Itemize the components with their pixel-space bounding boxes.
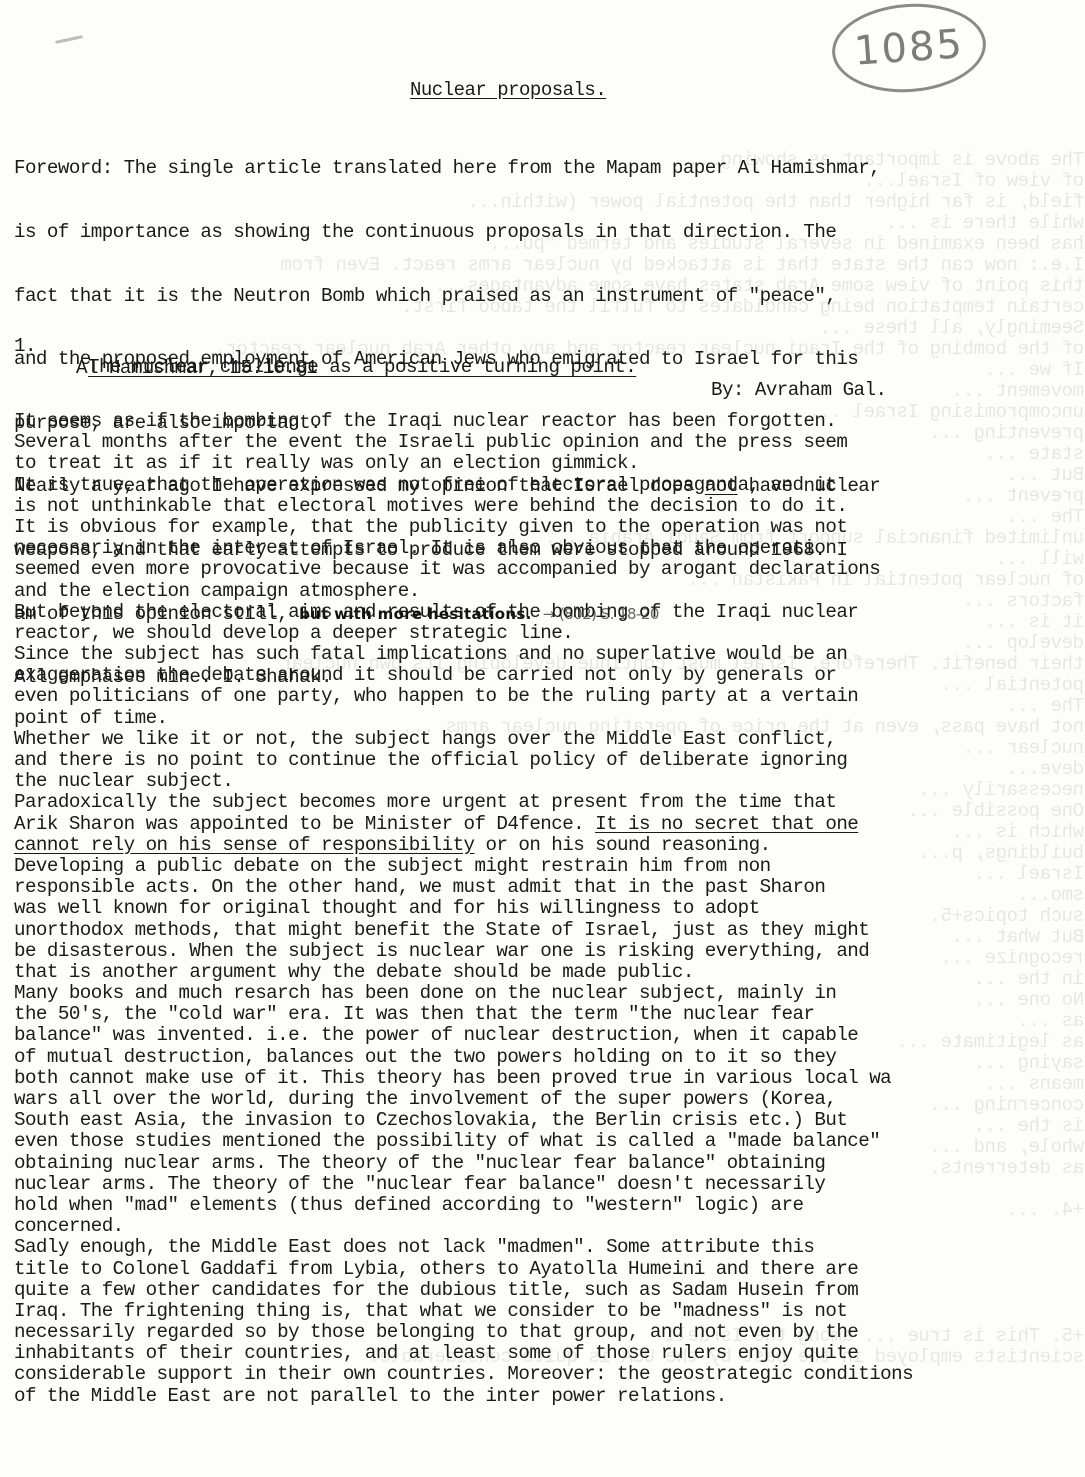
document-title: Nuclear proposals. bbox=[410, 79, 606, 101]
body-line: concerned. bbox=[14, 1216, 913, 1237]
body-line: cannot rely on his sense of responsibili… bbox=[14, 835, 913, 856]
body-line: Since the subject has such fatal implica… bbox=[14, 644, 913, 665]
body-line: seemed even more provocative because it … bbox=[14, 559, 913, 580]
foreword-line: fact that it is the Neutron Bomb which p… bbox=[14, 286, 880, 307]
document-page: The above is important as showing... of … bbox=[0, 0, 1085, 1477]
body-line: necessarily regarded so by those belongi… bbox=[14, 1322, 913, 1343]
body-line: Iraq. The frightening thing is, that wha… bbox=[14, 1301, 913, 1322]
body-line: the 50's, the "cold war" era. It was the… bbox=[14, 1004, 913, 1025]
body-line: Many books and much resarch has been don… bbox=[14, 983, 913, 1004]
body-line: inhabitants of their countries, and at l… bbox=[14, 1343, 913, 1364]
body-line: Sadly enough, the Middle East does not l… bbox=[14, 1237, 913, 1258]
byline: By: Avraham Gal. bbox=[711, 379, 886, 401]
body-line: Several months after the event the Israe… bbox=[14, 432, 913, 453]
archive-number-stamp: 1085 bbox=[829, 0, 989, 97]
body-line: nuclear arms. The theory of the "nuclear… bbox=[14, 1174, 913, 1195]
foreword-line: is of importance as showing the continuo… bbox=[14, 222, 880, 243]
body-line: even those studies mentioned the possibi… bbox=[14, 1131, 913, 1152]
body-line: balance" was invented. i.e. the power of… bbox=[14, 1025, 913, 1046]
body-line: considerable support in their own countr… bbox=[14, 1364, 913, 1385]
body-line: be disasterous. When the subject is nucl… bbox=[14, 941, 913, 962]
article-number: 1. bbox=[14, 335, 36, 357]
body-line: responsible acts. On the other hand, we … bbox=[14, 877, 913, 898]
body-line: point of time. bbox=[14, 708, 913, 729]
article-body: It seems as if the bombing of the Iraqi … bbox=[14, 411, 913, 1407]
body-line: hold when "mad" elements (thus defined a… bbox=[14, 1195, 913, 1216]
body-line: both cannot make use of it. This theory … bbox=[14, 1068, 913, 1089]
emphasis-underline: It is no secret that one bbox=[595, 813, 858, 835]
body-line: reactor, we should develop a deeper stra… bbox=[14, 623, 913, 644]
body-line: exaggeration the debate around it should… bbox=[14, 665, 913, 686]
body-line: that is another argument why the debate … bbox=[14, 962, 913, 983]
body-line: South east Asia, the invasion to Czechos… bbox=[14, 1110, 913, 1131]
body-line: Paradoxically the subject becomes more u… bbox=[14, 792, 913, 813]
article-subheading: The nuclear challenge as a positive turn… bbox=[88, 356, 636, 378]
body-line: It seems as if the bombing of the Iraqi … bbox=[14, 411, 913, 432]
foreword-line: Foreword: The single article translated … bbox=[14, 158, 880, 179]
body-line: obtaining nuclear arms. The theory of th… bbox=[14, 1153, 913, 1174]
body-line: Arik Sharon was appointed to be Minister… bbox=[14, 814, 913, 835]
body-line: It is obvious for example, that the publ… bbox=[14, 517, 913, 538]
body-line: But beyond the electoral aims and result… bbox=[14, 602, 913, 623]
body-line: and the election campaign atmosphere. bbox=[14, 581, 913, 602]
emphasis-underline: cannot rely on his sense of responsibili… bbox=[14, 834, 475, 856]
body-line: necessariy in the interest of Israel. It… bbox=[14, 538, 913, 559]
body-line: the nuclear subject. bbox=[14, 771, 913, 792]
body-line: of mutual destruction, balances out the … bbox=[14, 1047, 913, 1068]
body-line: title to Colonel Gaddafi from Lybia, oth… bbox=[14, 1259, 913, 1280]
body-line: to treat it as if it really was only an … bbox=[14, 453, 913, 474]
body-line: of the Middle East are not parallel to t… bbox=[14, 1386, 913, 1407]
body-line: and there is no point to continue the of… bbox=[14, 750, 913, 771]
body-line: even politicians of one party, who happe… bbox=[14, 686, 913, 707]
body-line: unorthodox methods, that might benefit t… bbox=[14, 920, 913, 941]
body-line: Whether we like it or not, the subject h… bbox=[14, 729, 913, 750]
archive-number: 1085 bbox=[853, 21, 966, 75]
ink-smudge bbox=[55, 35, 83, 44]
body-line: is not unthinkable that electoral motive… bbox=[14, 496, 913, 517]
body-line: Developing a public debate on the subjec… bbox=[14, 856, 913, 877]
body-line: quite a few other candidates for the dub… bbox=[14, 1280, 913, 1301]
body-line: was well known for original thought and … bbox=[14, 898, 913, 919]
body-line: It is true, that the operation was not f… bbox=[14, 475, 913, 496]
body-line: wars all over the world, during the invo… bbox=[14, 1089, 913, 1110]
